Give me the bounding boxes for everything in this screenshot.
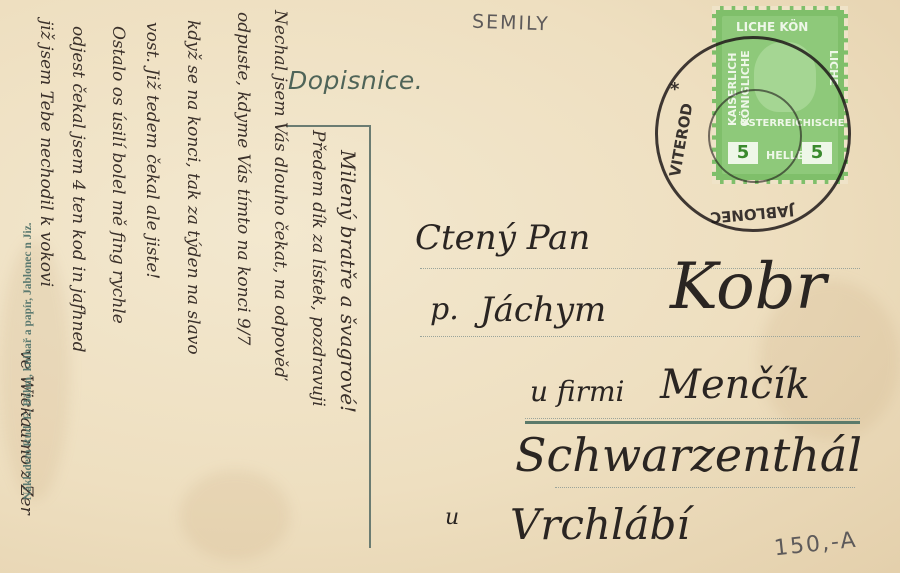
pencil-note-price: 150,-A (773, 528, 859, 562)
paper-stain (180, 470, 290, 560)
message-line: vost. Již tedem čekal ale jiste! (142, 22, 162, 279)
pencil-note-town: SEMILY (472, 11, 550, 36)
postcard: Dopisnice. SEMILY 150,-A Ctený Pan p. Já… (0, 0, 900, 573)
postcard-title: Dopisnice. (288, 66, 423, 95)
address-line (420, 336, 860, 337)
address-surname: Kobr (670, 250, 826, 324)
message-line: již jsem Tebe nechodil k vokovi (36, 20, 56, 287)
message-line: odpuste, kdyme Vás tímto na konci 9/7 (233, 12, 253, 345)
postmark-star-icon: * (670, 79, 679, 100)
postmark-cancel: VITEROD JABLONEC * (655, 36, 851, 232)
address-first-name: Jáchym (480, 290, 606, 330)
address-prefix: p. (430, 292, 459, 327)
message-line: když se na konci, tak za týden na slavo (183, 20, 203, 355)
message-line: Ostalo os úsilí bolel mě fing rychle (108, 26, 128, 324)
address-salutation: Ctený Pan (415, 218, 590, 258)
message-line: odjest čekal jsem 4 ten kod in jafhned (68, 26, 88, 352)
address-region-prefix: u (445, 505, 459, 530)
address-company: Menčík (660, 362, 810, 408)
address-line (525, 418, 860, 419)
postmark-inner-ring (708, 89, 802, 183)
address-company-prefix: u firmi (530, 375, 625, 408)
message-line: Nechal jsem Vás dlouho čekat, na odpověď (270, 10, 290, 378)
address-underline (525, 421, 860, 424)
message-greeting: Milený bratře a švagrové! (336, 150, 360, 413)
divider-line (369, 125, 371, 548)
postmark-text-left: VITEROD (666, 102, 697, 178)
message-line: Předem dík za lístek, pozdravuji (308, 130, 328, 407)
divider-line (286, 125, 370, 127)
address-town: Schwarzenthál (515, 428, 862, 482)
publisher-imprint: Nákladem Rud. E. Böhm, knihař a papír, J… (22, 222, 34, 500)
address-region: Vrchlábí (510, 500, 690, 549)
address-line (555, 487, 855, 488)
postmark-text-bottom: JABLONEC (709, 201, 794, 226)
